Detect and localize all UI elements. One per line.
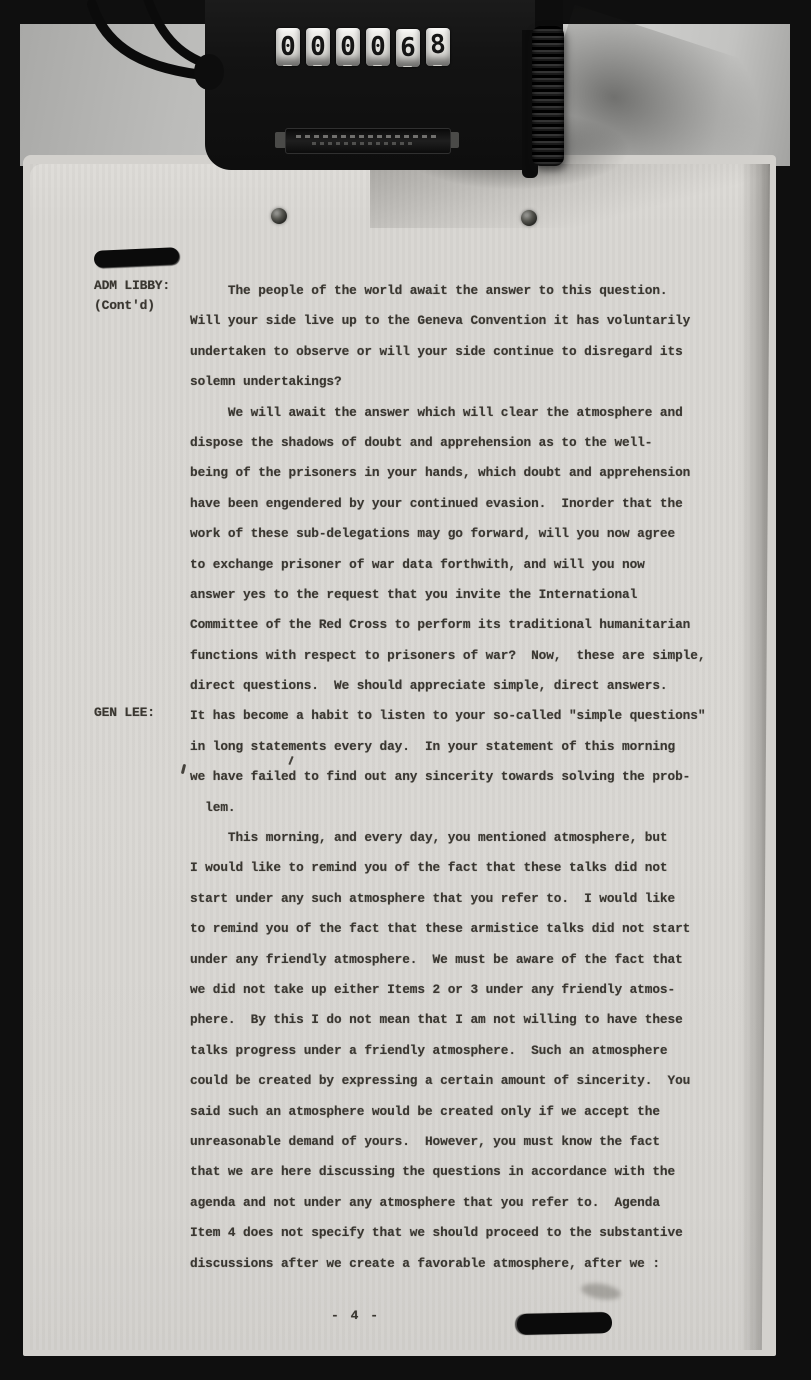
text-line: have been engendered by your continued e… xyxy=(190,489,756,519)
text-line: unreasonable demand of yours. However, y… xyxy=(190,1127,756,1157)
digit-value: 0 xyxy=(310,32,326,62)
text-line: Committee of the Red Cross to perform it… xyxy=(190,610,756,640)
text-line: direct questions. We should appreciate s… xyxy=(190,671,756,701)
text-line: work of these sub-delegations may go for… xyxy=(190,519,756,549)
text-line: to exchange prisoner of war data forthwi… xyxy=(190,550,756,580)
text-line: that we are here discussing the question… xyxy=(190,1157,756,1187)
text-line: we have failed to find out any sincerity… xyxy=(190,762,756,792)
text-line: discussions after we create a favorable … xyxy=(190,1249,756,1279)
counter-nameplate xyxy=(285,128,451,154)
text-line: dispose the shadows of doubt and apprehe… xyxy=(190,428,756,458)
counter-digit: 0 xyxy=(336,28,360,66)
text-line: lem. xyxy=(190,793,756,823)
fastener-dot-right xyxy=(521,210,537,226)
pencil-smudge xyxy=(580,1281,622,1302)
text-line: I would like to remind you of the fact t… xyxy=(190,853,756,883)
transcript-lines: The people of the world await the answer… xyxy=(190,276,756,1279)
digit-value: 0 xyxy=(370,32,386,62)
counter-digit: 0 xyxy=(306,28,330,66)
text-line: in long statements every day. In your st… xyxy=(190,732,756,762)
digit-value: 0 xyxy=(280,32,296,62)
text-line: Item 4 does not specify that we should p… xyxy=(190,1218,756,1248)
speaker-label-contd: (Cont'd) xyxy=(94,298,155,313)
text-line: answer yes to the request that you invit… xyxy=(190,580,756,610)
counter-digit: 8 xyxy=(426,28,450,66)
counter-digit-window: 0 0 0 0 6 8 xyxy=(276,28,450,66)
marker-redaction-bottom xyxy=(517,1312,612,1335)
text-line: functions with respect to prisoners of w… xyxy=(190,641,756,671)
text-line: under any friendly atmosphere. We must b… xyxy=(190,945,756,975)
digit-value: 0 xyxy=(340,32,356,62)
text-line: said such an atmosphere would be created… xyxy=(190,1097,756,1127)
text-line: It has become a habit to listen to your … xyxy=(190,701,756,731)
text-line: start under any such atmosphere that you… xyxy=(190,884,756,914)
text-line: The people of the world await the answer… xyxy=(190,276,756,306)
frame-counter-device: 0 0 0 0 6 8 xyxy=(205,0,547,170)
text-line: to remind you of the fact that these arm… xyxy=(190,914,756,944)
speaker-label-adm-libby: ADM LIBBY: xyxy=(94,278,170,293)
digit-value: 6 xyxy=(400,33,416,63)
text-line: Will your side live up to the Geneva Con… xyxy=(190,306,756,336)
text-line: undertaken to observe or will your side … xyxy=(190,337,756,367)
speaker-label-gen-lee: GEN LEE: xyxy=(94,705,155,720)
counter-reset-knob xyxy=(532,26,564,166)
text-line: agenda and not under any atmosphere that… xyxy=(190,1188,756,1218)
counter-digit: 0 xyxy=(366,28,390,66)
text-line: could be created by expressing a certain… xyxy=(190,1066,756,1096)
text-line: We will await the answer which will clea… xyxy=(190,398,756,428)
text-line: talks progress under a friendly atmosphe… xyxy=(190,1036,756,1066)
digit-value: 8 xyxy=(429,29,447,60)
counter-digit: 0 xyxy=(276,28,300,66)
text-line: This morning, and every day, you mention… xyxy=(190,823,756,853)
page-number: - 4 - xyxy=(331,1308,380,1323)
document-page: ADM LIBBY: (Cont'd) GEN LEE: The people … xyxy=(30,164,770,1350)
fastener-dot-left xyxy=(271,208,287,224)
text-line: solemn undertakings? xyxy=(190,367,756,397)
counter-digit: 6 xyxy=(396,29,420,67)
marker-redaction-top xyxy=(94,247,180,268)
stray-pen-mark xyxy=(181,764,186,774)
microfilm-frame: ADM LIBBY: (Cont'd) GEN LEE: The people … xyxy=(0,0,811,1380)
text-line: phere. By this I do not mean that I am n… xyxy=(190,1005,756,1035)
text-line: we did not take up either Items 2 or 3 u… xyxy=(190,975,756,1005)
text-line: being of the prisoners in your hands, wh… xyxy=(190,458,756,488)
